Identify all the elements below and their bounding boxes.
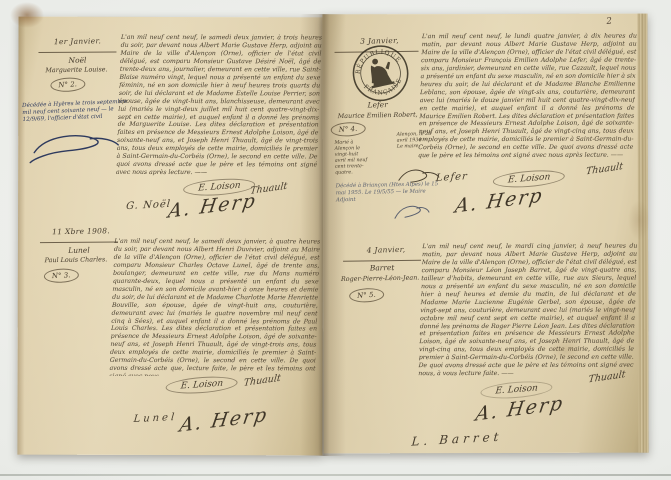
entry-date: 4 Janvier, [353,244,419,255]
entry-surname: Lefer [345,100,411,110]
entry-date: 11 Xbre 1908. [44,226,118,236]
margin-rule [343,260,421,262]
declarant-signature: L. Barret [411,430,503,449]
entry-surname: Barret [349,263,415,273]
officer-signature: A. Herp [178,404,270,437]
act-body-text: L'an mil neuf cent neuf, le samedi deux … [116,34,323,183]
act-number-badge: N° 2. [50,77,85,93]
entry-given-names: Maurice Emilien Robert, [327,110,429,120]
scanner-edge-line [0,474,671,476]
entry-surname: Lunel [42,245,116,255]
act-body-text: L'an mil neuf cent neuf, le samedi deux … [109,238,320,377]
entry-given-names: Marguerite Louise. [22,65,130,75]
seal-seated-figure-icon [366,56,395,89]
act-number-badge: N° 4. [330,121,365,137]
margin-rule [40,241,118,243]
officer-signature: A. Herp [167,190,259,223]
left-page-edge-shade [17,17,25,455]
declarant-signature: Lefer [435,171,468,184]
left-page: 1er Janvier. Noël Marguerite Louise. N° … [17,17,323,456]
folio-number: 2 [606,16,613,27]
margin-note-signature-flourish [28,125,120,165]
act-body-text: L'an mil neuf cent neuf, le lundi quatre… [417,33,637,178]
right-page: 2 3 Janvier, RÉPUBLIQUE FRANÇAISE [322,14,648,454]
official-seal-stamp: RÉPUBLIQUE FRANÇAISE [346,39,415,108]
entry-given-names: Roger-Pierre-Léon-Jean. [327,273,433,283]
entry-date: 1er Janvier. [40,36,114,46]
register-scan: 1er Janvier. Noël Marguerite Louise. N° … [0,0,671,480]
declarant-signature: Lunel [133,412,178,425]
margin-rule [38,51,116,53]
entry-surname: Noël [40,55,114,65]
witness-signature: E. Loison [165,375,239,396]
page-stack-edges [637,14,648,453]
act-number-badge: N° 3. [44,268,79,284]
deputy-mayor-signature-flourish [391,200,431,224]
act-body-text: L'an mil neuf cent neuf, le mardi cinq j… [418,243,638,384]
officer-signature: A. Herp [453,184,545,218]
act-number-badge: N° 5. [349,287,384,303]
declarant-signature: G. Noël [126,199,172,212]
marriage-margin-note: Marié à Alençon le vingt-huit avril mil … [334,140,371,176]
